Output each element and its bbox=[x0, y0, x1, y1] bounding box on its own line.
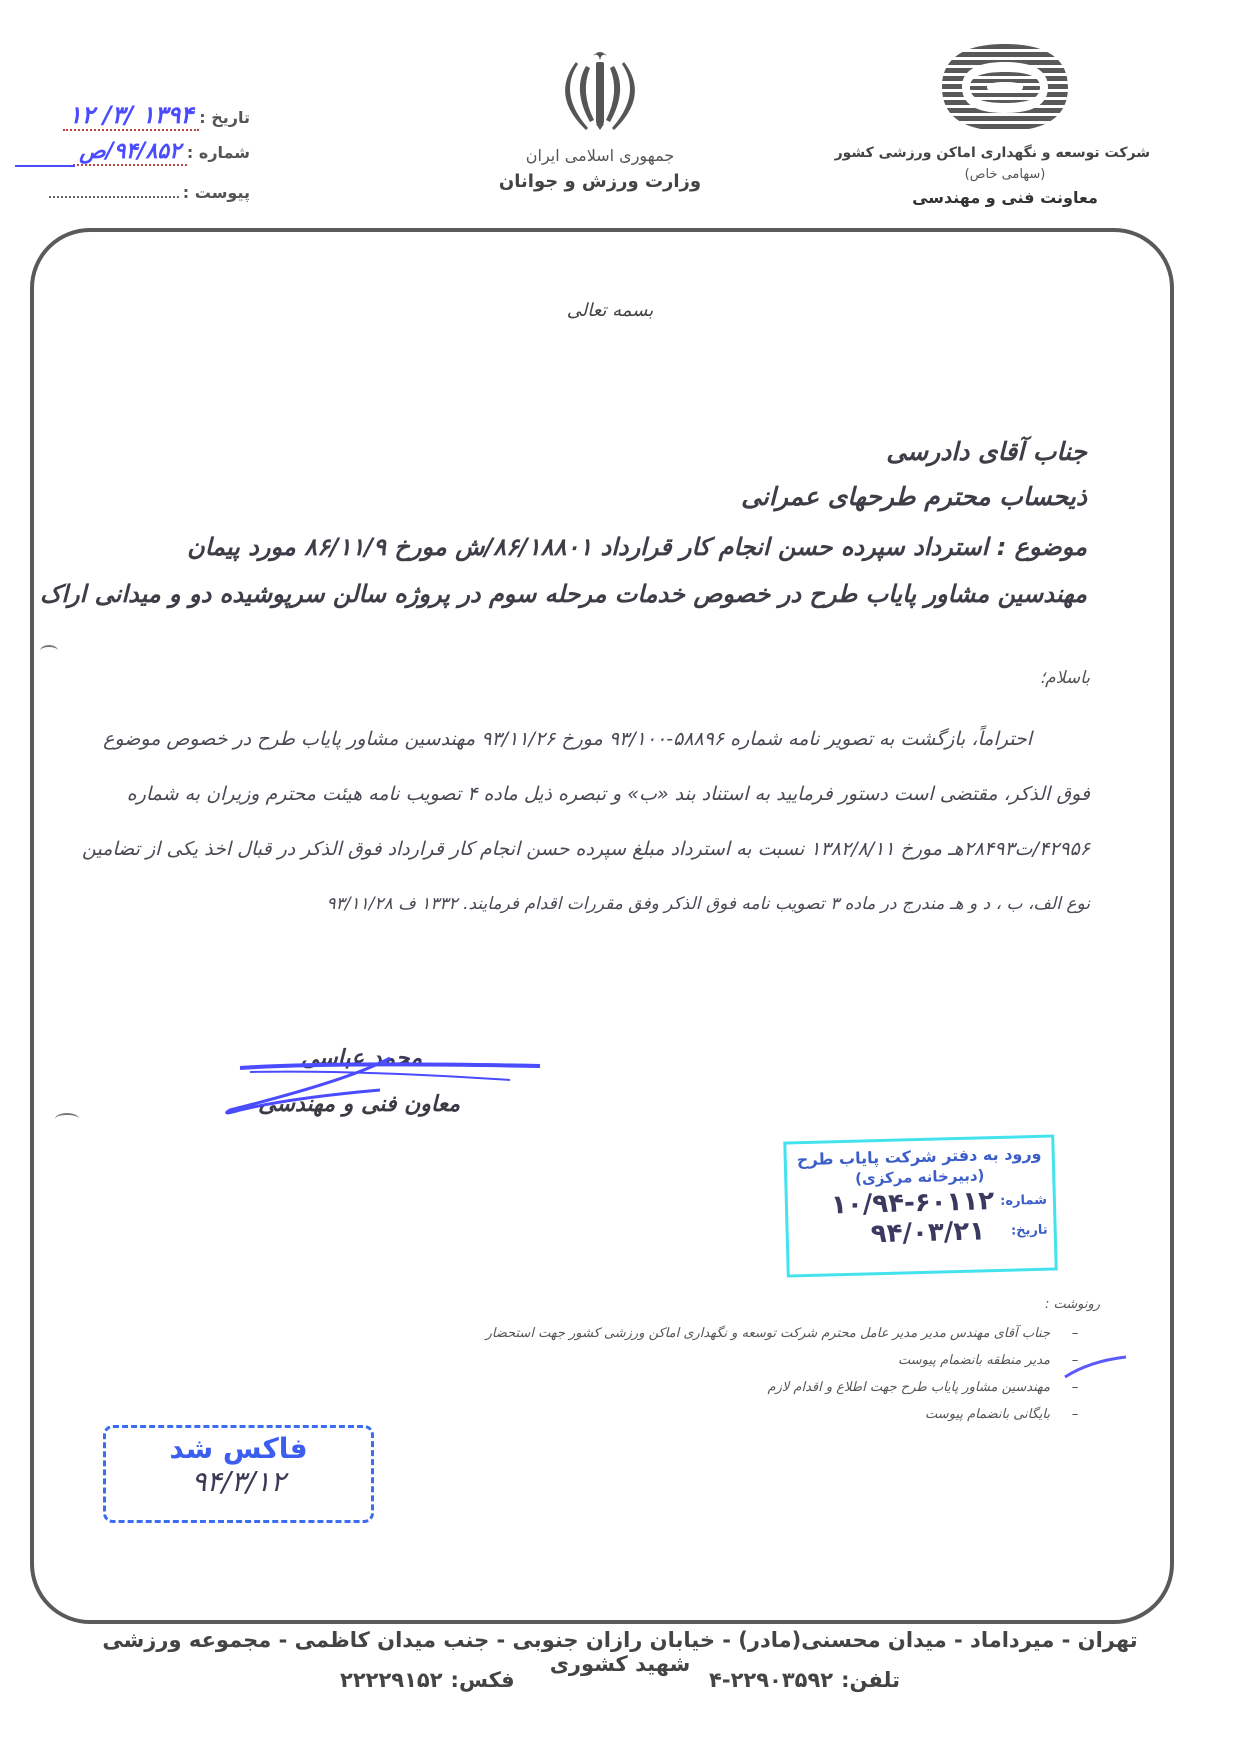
company-name: شرکت توسعه و نگهداری اماکن ورزشی کشور bbox=[860, 145, 1150, 161]
number-value: ۹۴/۸۵۲/ص bbox=[73, 139, 187, 166]
signature-block: محمد عباسی معاون فنی و مهندسی bbox=[210, 1040, 550, 1140]
checkmark-icon bbox=[1060, 1355, 1130, 1385]
signer-title: معاون فنی و مهندسی bbox=[258, 1092, 460, 1117]
recipient-name: جناب آقای دادرسی bbox=[886, 437, 1087, 466]
phone-label: تلفن: bbox=[841, 1668, 900, 1692]
cc-item: – بایگانی بانضمام پیوست bbox=[380, 1407, 1100, 1422]
department-name: معاونت فنی و مهندسی bbox=[860, 188, 1150, 207]
invocation: بسمه تعالی bbox=[540, 300, 680, 321]
cc-item: – مدیر منطقه بانضمام پیوست bbox=[380, 1353, 1100, 1368]
company-header: شرکت توسعه و نگهداری اماکن ورزشی کشور (س… bbox=[860, 40, 1150, 220]
received-number-value: ۱۰/۹۴-۶۰۱۱۲ bbox=[831, 1186, 995, 1220]
country-name: جمهوری اسلامی ایران bbox=[470, 146, 730, 165]
received-date-label: تاریخ: bbox=[1005, 1222, 1054, 1238]
footer-fax: فکس: ۲۲۲۲۹۱۵۲ bbox=[340, 1668, 515, 1692]
fax-stamp-label: فاکس شد bbox=[106, 1432, 371, 1465]
received-number-label: شماره: bbox=[994, 1192, 1053, 1209]
greeting: باسلام؛ bbox=[1040, 668, 1090, 688]
ministry-name: وزارت ورزش و جوانان bbox=[470, 171, 730, 192]
received-date-value: ۹۴/۰۳/۲۱ bbox=[870, 1216, 985, 1249]
fax-stamp-date: ۹۴/۳/۱۲ bbox=[106, 1465, 371, 1498]
company-logo-icon bbox=[940, 40, 1070, 135]
cc-item-text: جناب آقای مهندس مدیر مدیر عامل محترم شرک… bbox=[486, 1326, 1050, 1341]
cc-item-text: مدیر منطقه بانضمام پیوست bbox=[898, 1353, 1050, 1368]
letter-meta: تاریخ : ۱۳۹۴ /۳/ ۱۲ شماره : ۹۴/۸۵۲/ص پیو… bbox=[20, 95, 250, 205]
fax-stamp: فاکس شد ۹۴/۳/۱۲ bbox=[103, 1425, 374, 1523]
cc-title: رونوشت : bbox=[380, 1297, 1100, 1312]
punch-mark bbox=[40, 645, 58, 657]
phone-value: ۴-۲۲۹۰۳۵۹۲ bbox=[709, 1668, 833, 1692]
attachment-value bbox=[49, 180, 179, 198]
date-value: ۱۳۹۴ /۳/ ۱۲ bbox=[63, 101, 199, 131]
date-label: تاریخ : bbox=[199, 108, 250, 127]
number-label: شماره : bbox=[187, 143, 250, 162]
cc-item: – مهندسین مشاور پایاب طرح جهت اطلاع و اق… bbox=[380, 1380, 1100, 1395]
cc-item-text: بایگانی بانضمام پیوست bbox=[925, 1407, 1050, 1422]
footer-phone: تلفن: ۴-۲۲۹۰۳۵۹۲ bbox=[709, 1668, 900, 1692]
iran-emblem-icon bbox=[550, 48, 650, 138]
body-line-3: ۴۲۹۵۶/ت۲۸۴۹۳هـ مورخ ۱۳۸۲/۸/۱۱ نسبت به اس… bbox=[82, 840, 1090, 859]
footer-contacts: تلفن: ۴-۲۲۹۰۳۵۹۲ فکس: ۲۲۲۲۹۱۵۲ bbox=[340, 1668, 900, 1692]
number-underline-scribble bbox=[15, 165, 75, 167]
body-line-1: احتراماً، بازگشت به تصویر نامه شماره ۵۸۸… bbox=[103, 730, 1032, 749]
punch-mark bbox=[55, 1113, 79, 1125]
attachment-label: پیوست : bbox=[183, 183, 250, 202]
cc-list: رونوشت : – جناب آقای مهندس مدیر مدیر عام… bbox=[380, 1297, 1100, 1434]
received-stamp: ورود به دفتر شرکت پایاب طرح (دبیرخانه مر… bbox=[783, 1134, 1057, 1277]
body-line-2: فوق الذکر، مقتضی است دستور فرمایید به اس… bbox=[127, 785, 1090, 804]
cc-item-text: مهندسین مشاور پایاب طرح جهت اطلاع و اقدا… bbox=[768, 1380, 1050, 1395]
fax-value: ۲۲۲۲۹۱۵۲ bbox=[340, 1668, 443, 1692]
company-type: (سهامی خاص) bbox=[860, 167, 1150, 182]
body-line-4: نوع الف، ب ، د و هـ مندرج در ماده ۳ تصوی… bbox=[326, 896, 1090, 913]
subject-line-2: مهندسین مشاور پایاب طرح در خصوص خدمات مر… bbox=[40, 580, 1087, 608]
subject-line-1: موضوع : استرداد سپرده حسن انجام کار قرار… bbox=[187, 533, 1087, 561]
recipient-title: ذیحساب محترم طرحهای عمرانی bbox=[741, 482, 1087, 511]
cc-item: – جناب آقای مهندس مدیر مدیر عامل محترم ش… bbox=[380, 1326, 1100, 1341]
fax-label: فکس: bbox=[451, 1668, 515, 1692]
ministry-header: جمهوری اسلامی ایران وزارت ورزش و جوانان bbox=[470, 40, 730, 210]
